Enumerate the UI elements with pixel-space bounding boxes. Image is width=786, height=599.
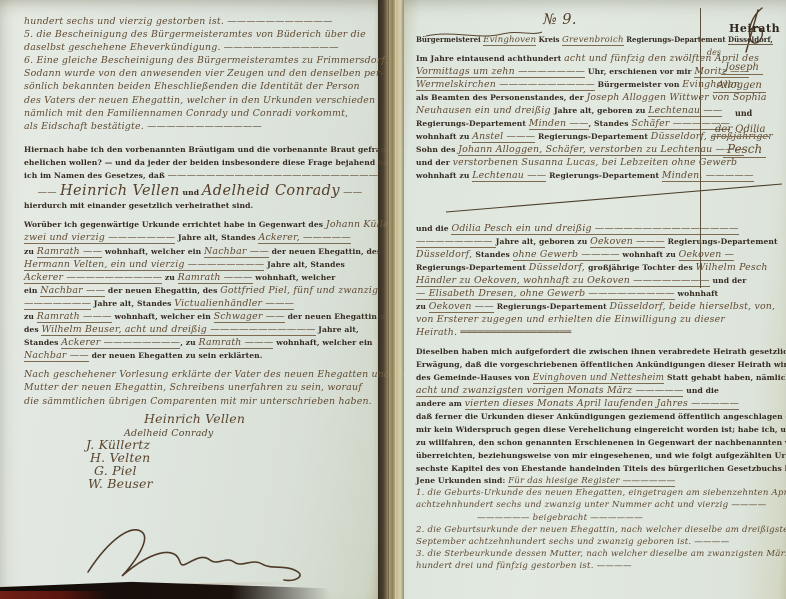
text-line: sönlich bekannten beiden Eheschließenden… xyxy=(24,77,376,90)
text-line: 2. die Geburtsurkunde der neuen Ehegatti… xyxy=(416,521,704,533)
text-segment: hundert drei und fünfzig gestorben ist. … xyxy=(416,561,632,571)
text-line: Ackerer —————————— zu Ramrath ——— wohnha… xyxy=(24,268,376,281)
text-line: Regierungs-Departement Minden ——, Stande… xyxy=(416,114,704,127)
text-line: Regierungs-Departement Düsseldorf, großj… xyxy=(416,258,704,271)
text-segment: als Eidschaft bestätigte. ———————————— xyxy=(24,121,262,132)
buergermeister-signature-flourish xyxy=(70,520,330,590)
left-page: hundert sechs und vierzig gestorben ist.… xyxy=(0,0,378,599)
left-page-text: hundert sechs und vierzig gestorben ist.… xyxy=(24,12,376,489)
text-line: achtzehnhundert sechs und zwanzig unter … xyxy=(416,496,704,508)
text-line: Jene Urkunden sind: Für das hiesige Regi… xyxy=(416,472,704,484)
text-segment: Grevenbroich xyxy=(562,35,624,46)
margin-entry-joseph: Joseph xyxy=(721,62,763,75)
text-line: Hermann Velten, ein und vierzig ————————… xyxy=(24,255,376,268)
text-line: ich im Namen des Gesetzes, daß —————————… xyxy=(24,166,376,179)
text-line: September achtzehnhundert sechs und zwan… xyxy=(416,533,704,545)
text-line: hundert drei und fünfzig gestorben ist. … xyxy=(416,557,704,569)
text-line: zu Ramrath ——— wohnhaft, welcher ein Sch… xyxy=(24,307,376,320)
margin-entry-des: des xyxy=(707,48,721,57)
text-segment: Bürgermeisterei xyxy=(416,35,483,44)
text-segment: die sämmtlichen übrigen Comparenten mit … xyxy=(24,396,372,407)
text-line: H. Velten xyxy=(90,450,376,463)
table-edge-red-cover xyxy=(0,591,110,599)
text-line: des Gemeinde-Hauses von Evinghoven und N… xyxy=(416,368,704,381)
text-line: des Wilhelm Beuser, acht und dreißig ———… xyxy=(24,320,376,333)
text-line: Händler zu Oekoven, wohnhaft zu Oekoven … xyxy=(416,271,704,284)
margin-entry-alloggen: Alloggen xyxy=(713,80,766,93)
text-line: andere am vierten dieses Monats April la… xyxy=(416,394,704,407)
text-line: 6. Eine gleiche Bescheinigung des Bürger… xyxy=(24,51,376,64)
text-line: Nachbar —— der neuen Ehegatten zu sein e… xyxy=(24,346,376,359)
margin-entry-pesch: Pesch xyxy=(723,142,766,158)
text-segment: W. Beuser xyxy=(88,476,153,491)
text-segment: Heirath. ═══════════════════ xyxy=(416,327,571,338)
text-segment: Regierungs-Departement xyxy=(546,171,662,180)
margin-heirath-heading: Heirath xyxy=(729,22,780,35)
text-line: zu Oekoven —— Regierungs-Departement Düs… xyxy=(416,297,704,310)
text-line: J. Küllertz xyxy=(86,437,376,450)
text-line: und die Odilia Pesch ein und dreißig ———… xyxy=(416,219,704,232)
text-segment: hierdurch mit einander gesetzlich verhei… xyxy=(24,201,253,210)
text-line: Vormittags um zehn ——————— Uhr, erschien… xyxy=(416,62,704,75)
text-line: —— Heinrich Vellen und Adelheid Conrady … xyxy=(24,183,376,196)
text-line: überreichten, beziehungsweise von mir ei… xyxy=(416,446,704,459)
text-line: 5. die Bescheinigung des Bürgermeisteram… xyxy=(24,25,376,38)
text-line: mir kein Widerspruch gegen diese Verehel… xyxy=(416,420,704,433)
fold-crease xyxy=(388,0,389,599)
text-line: — Elisabeth Dresen, ohne Gewerb ————————… xyxy=(416,284,704,297)
text-segment: —— xyxy=(340,187,362,198)
text-line: zu Ramrath —— wohnhaft, welcher ein Nach… xyxy=(24,242,376,255)
text-line: № 9. xyxy=(416,8,704,30)
margin-entry-der-odilia: der Odilia xyxy=(711,124,769,137)
text-line: Dieselben haben mich aufgefordert die zw… xyxy=(416,342,704,355)
text-segment: Evinghoven xyxy=(483,35,536,46)
text-line: als Beamten des Personenstandes, der Jos… xyxy=(416,88,704,101)
text-line: Im Jahre eintausend achthundert acht und… xyxy=(416,49,704,62)
text-line: zwei und vierzig ——————— Jahre alt, Stan… xyxy=(24,228,376,241)
text-line: nämlich mit den Familiennamen Conrady un… xyxy=(24,104,376,117)
text-line: Sohn des Johann Alloggen, Schäfer, verst… xyxy=(416,140,704,153)
text-line: 3. die Sterbeurkunde dessen Mutter, nach… xyxy=(416,545,704,557)
text-line: wohnhaft zu Lechtenau —— Regierungs-Depa… xyxy=(416,166,704,179)
text-line: Düsseldorf, Standes ohne Gewerb ———— woh… xyxy=(416,245,704,258)
text-segment: ich im Namen des Gesetzes, daß xyxy=(24,171,168,180)
text-line: Sodann wurde von den anwesenden vier Zeu… xyxy=(24,64,376,77)
text-line: Wermelskirchen —————————— Bürgermeister … xyxy=(416,75,704,88)
fold-highlight xyxy=(395,0,396,599)
text-line: sechste Kapitel des von Ehestande handel… xyxy=(416,459,704,472)
text-segment: Kreis xyxy=(536,35,562,44)
text-segment: wohnhaft zu xyxy=(416,171,472,180)
text-segment: Nachbar —— xyxy=(24,350,89,362)
text-line: Worüber ich gegenwärtige Urkunde erricht… xyxy=(24,215,376,228)
text-line: ———————— Jahre alt, geboren zu Oekoven —… xyxy=(416,232,704,245)
text-line: des Vaters der neuen Ehegattin, welcher … xyxy=(24,91,376,104)
right-page-text: № 9.Bürgermeisterei Evinghoven Kreis Gre… xyxy=(416,8,704,570)
text-line: Standes Ackerer ————————, zu Ramrath ———… xyxy=(24,333,376,346)
text-line: G. Piel xyxy=(94,463,376,476)
text-line: und der verstorbenen Susanna Lucas, bei … xyxy=(416,153,704,166)
book-gutter-fold xyxy=(374,0,408,599)
text-line: Nach geschehener Vorlesung erklärte der … xyxy=(24,365,376,378)
text-line: ein Nachbar —— der neuen Ehegattin, des … xyxy=(24,281,376,294)
text-segment: wohnhaft, welcher ein xyxy=(273,338,372,347)
text-line: —————— beigebracht —————— xyxy=(416,509,704,521)
text-line: zu willfahren, den schon genannten Ersch… xyxy=(416,433,704,446)
text-line: acht und zwanzigsten vorigen Monats März… xyxy=(416,381,704,394)
text-line: W. Beuser xyxy=(88,476,376,489)
text-line: die sämmtlichen übrigen Comparenten mit … xyxy=(24,392,376,405)
text-segment: der neuen Ehegatten zu sein erklärten. xyxy=(89,351,263,360)
margin-entry-und: und xyxy=(735,108,752,118)
text-line: Erwägung, daß die vorgeschriebenen öffen… xyxy=(416,355,704,368)
text-line: ehelichen wollen? — und da jeder der bei… xyxy=(24,153,376,166)
text-segment: № 9. xyxy=(543,12,577,28)
text-line: Neuhausen ein und dreißig Jahre alt, geb… xyxy=(416,101,704,114)
text-line: Heinrich Vellen xyxy=(144,411,376,424)
text-line: daß ferner die Urkunden dieser Ankündigu… xyxy=(416,407,704,420)
text-line: Hiernach habe ich den vorbenannten Bräut… xyxy=(24,140,376,153)
register-book-spread: hundert sechs und vierzig gestorben ist.… xyxy=(0,0,786,599)
text-line: 1. die Geburts-Urkunde des neuen Ehegatt… xyxy=(416,484,704,496)
text-line: Adelheid Conrady xyxy=(124,424,376,437)
text-line: Mutter der neuen Ehegattin, Schreibens u… xyxy=(24,378,376,391)
text-line: hundert sechs und vierzig gestorben ist.… xyxy=(24,12,376,25)
text-line: wohnhaft zu Anstel ——— Regierungs-Depart… xyxy=(416,127,704,140)
text-line: von Ersterer zugegen und erhielten die E… xyxy=(416,310,704,323)
text-line: Bürgermeisterei Evinghoven Kreis Grevenb… xyxy=(416,30,704,43)
text-line: daselbst geschehene Eheverkündigung. ———… xyxy=(24,38,376,51)
text-segment: —————————————————————— xyxy=(168,170,379,181)
text-segment: Lechtenau —— xyxy=(472,170,546,182)
margin-annotation-column: Heirath des Joseph Alloggen und der Odil… xyxy=(700,8,786,288)
